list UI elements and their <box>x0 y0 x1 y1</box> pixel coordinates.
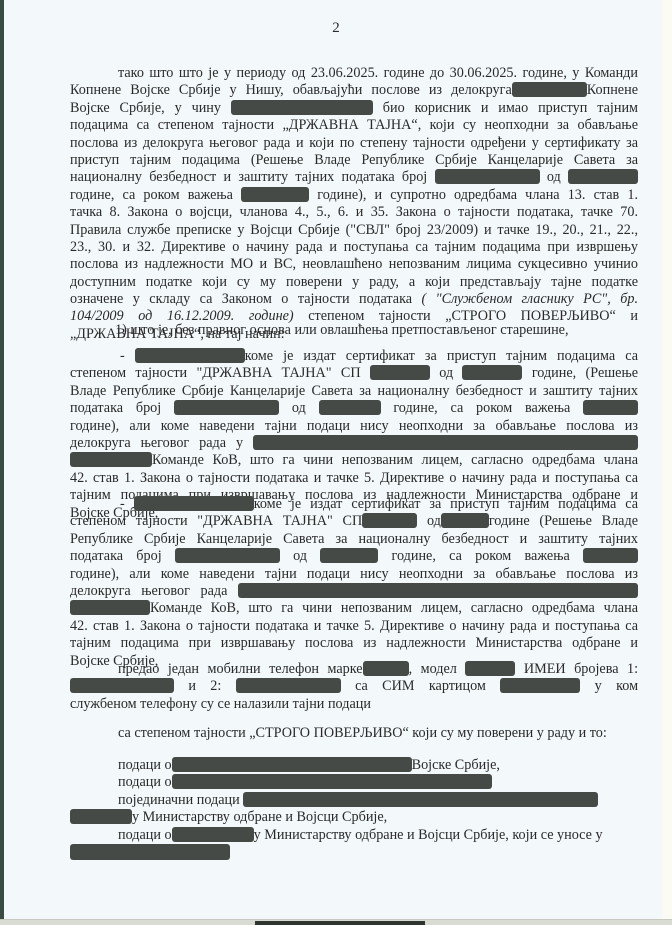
redaction <box>500 678 580 693</box>
redaction <box>172 827 254 842</box>
text-line: података број од године, са роком важења <box>70 400 638 417</box>
redaction <box>370 365 430 380</box>
redaction <box>70 452 152 467</box>
redaction <box>172 774 492 789</box>
phone-paragraph: предао један мобилни телефон марке, моде… <box>70 661 638 713</box>
text-line: Копнене Војске Србије у Нишу, обављајући… <box>70 82 638 99</box>
list-item <box>70 844 638 861</box>
text-line: године), али коме наведени тајни подаци … <box>70 418 638 435</box>
text-line: приступ тајним подацима (Решење Владе Ре… <box>70 152 638 169</box>
text-line: делокруга његовог рада у <box>70 435 638 452</box>
text-line: 23., 30. и 32. Директиве о начину рада и… <box>70 239 638 256</box>
scan-bottom-tab <box>255 921 425 925</box>
degree-line: са степеном тајности „СТРОГО ПОВЕРЉИВО“ … <box>118 725 672 742</box>
redaction <box>172 757 412 772</box>
redaction <box>70 600 150 615</box>
list-item: појединачни подаци <box>70 792 638 809</box>
redaction <box>253 435 638 450</box>
redaction <box>435 169 540 184</box>
list-item: подаци оу Министарству одбране и Војсци … <box>70 827 638 844</box>
redaction <box>441 513 489 528</box>
redaction <box>231 100 373 115</box>
scan-left-edge <box>0 0 4 925</box>
text-line: означене у складу са Законом о тајности … <box>70 291 638 308</box>
text-line: Републике Србије Канцеларије Савета за н… <box>70 531 638 548</box>
text-line: степеном тајности "ДРЖАВНА ТАЈНА" СП одг… <box>70 513 638 530</box>
text-line: Команде КоВ, што га чини непозваним лице… <box>70 600 638 617</box>
text-line: послова из надлежности МО и ВС, неовлашћ… <box>70 256 638 273</box>
text-line: тајним подацима при извршавању послова и… <box>70 635 638 652</box>
text-line: тачка 8. Закона о војсци, чланова 4., 5.… <box>70 204 638 221</box>
redaction <box>320 548 378 563</box>
redaction <box>241 187 309 202</box>
redaction <box>362 513 417 528</box>
redaction <box>174 400 279 415</box>
text-line: националну безбедност и заштиту тајних п… <box>70 169 638 186</box>
item-1: 1) што је, без правног основа или овлашћ… <box>70 322 638 339</box>
paragraph-intro: тако што што је у периоду од 23.06.2025.… <box>70 65 638 343</box>
text-line: предао један мобилни телефон марке, моде… <box>70 661 638 678</box>
text-line: - коме је издат сертификат за приступ та… <box>70 348 638 365</box>
text-line: тако што што је у периоду од 23.06.2025.… <box>70 65 638 82</box>
text-line: године, са роком важења године), и супро… <box>70 187 638 204</box>
redaction <box>568 169 638 184</box>
text-line: и 2: са СИМ картицом у ком <box>70 678 638 695</box>
text-line: 42. став 1. Закона о тајности података и… <box>70 618 638 635</box>
text-line: Војске Србије, у чину био корисник и има… <box>70 100 638 117</box>
text-line: 42. став 1. Закона о тајности података и… <box>70 470 638 487</box>
text-line: године), али коме наведени тајни подаци … <box>70 566 638 583</box>
redaction <box>134 496 254 511</box>
text-line: доступним податке који су му поверени у … <box>70 274 638 291</box>
redaction <box>462 365 522 380</box>
redaction <box>465 661 515 676</box>
text-line: степеном тајности "ДРЖАВНА ТАЈНА" СП од … <box>70 365 638 382</box>
bullet-2: - коме је издат сертификат за приступ та… <box>70 496 638 670</box>
text-line: 1) што је, без правног основа или овлашћ… <box>70 322 638 339</box>
text-line: - коме је издат сертификат за приступ та… <box>70 496 638 513</box>
text-line: делокруга његовог рада <box>70 583 638 600</box>
redaction <box>70 844 230 860</box>
text-line: са степеном тајности „СТРОГО ПОВЕРЉИВО“ … <box>118 725 672 742</box>
text-line: Правила службе преписке у Војсци Србије … <box>70 222 638 239</box>
list-item: подаци о <box>70 774 638 791</box>
redaction <box>363 661 409 676</box>
redaction <box>236 678 341 693</box>
redaction <box>512 82 587 97</box>
redaction <box>319 400 381 415</box>
scan-right-edge <box>662 0 672 925</box>
redaction <box>583 400 638 415</box>
redaction <box>70 809 132 824</box>
text-line: подацима са степеном тајности „ДРЖАВНА Т… <box>70 117 638 134</box>
text-line: података број од године, са роком важења <box>70 548 638 565</box>
redaction <box>175 548 280 563</box>
list-item: у Министарству одбране и Војсци Србије, <box>70 809 638 826</box>
list-item: подаци оВојске Србије, <box>70 757 638 774</box>
text-line: послова из делокруга његовог рада и који… <box>70 135 638 152</box>
page-number: 2 <box>0 20 672 37</box>
redaction <box>243 792 598 807</box>
redaction <box>70 678 174 693</box>
text-line: Команде КоВ, што га чини непозваним лице… <box>70 452 638 469</box>
redaction <box>583 548 638 563</box>
redaction <box>238 583 638 598</box>
redaction <box>135 348 245 363</box>
text-line: Владе Републике Србије Канцеларије Савет… <box>70 383 638 400</box>
data-list: подаци оВојске Србије, подаци о поједина… <box>70 757 638 861</box>
text-line: службеном телефону су се налазили тајни … <box>70 696 638 713</box>
